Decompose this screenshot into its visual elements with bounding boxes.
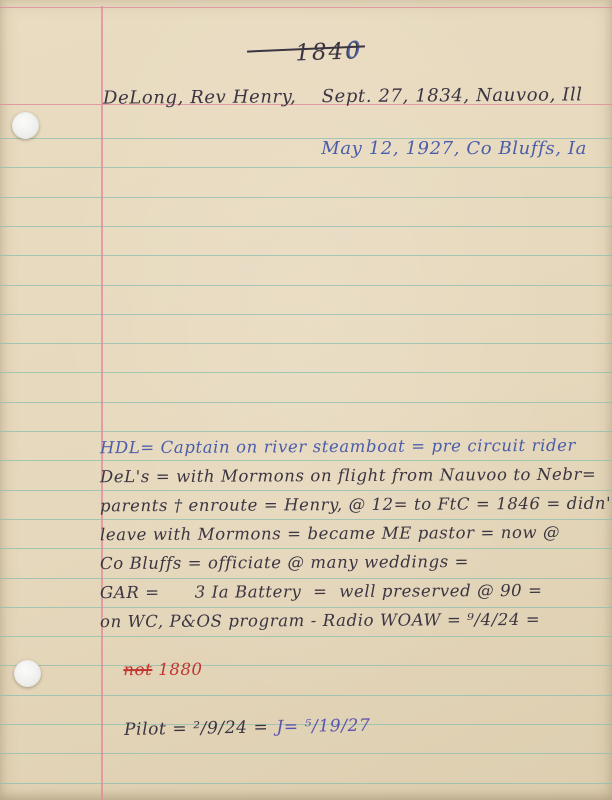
ruled-line	[0, 402, 612, 403]
footer-pilot-date: Pilot = ²/9/24 =	[124, 717, 269, 740]
ruled-line	[0, 695, 612, 696]
ruled-line	[0, 197, 612, 198]
ruled-line	[0, 490, 612, 491]
ruled-line	[0, 665, 612, 666]
struck-word: not	[123, 660, 152, 679]
ruled-line	[0, 578, 612, 579]
ruled-line	[0, 548, 612, 549]
ruled-line	[0, 460, 612, 461]
title-year: 184	[295, 39, 346, 67]
footer-journal-date: J= ⁵/19/27	[276, 716, 370, 738]
note-line: leave with Mormons = became ME pastor = …	[100, 523, 560, 544]
ruled-line	[0, 226, 612, 227]
ruled-line	[0, 314, 612, 315]
ruled-line	[0, 607, 612, 608]
note-line: Co Bluffs = officiate @ many weddings =	[100, 552, 469, 573]
header-name-birth-line: DeLong, Rev Henry, Sept. 27, 1834, Nauvo…	[103, 84, 583, 108]
top-margin-line	[0, 7, 612, 8]
ruled-line	[0, 372, 612, 373]
note-line: parents † enroute = Henry, @ 12= to FtC …	[100, 494, 612, 516]
hole-punch-top	[12, 112, 39, 139]
page-title: 18400	[257, 12, 363, 94]
title-overwritten-digit: 00	[345, 38, 363, 65]
red-correction-note: not 1880	[100, 641, 203, 699]
ruled-line	[0, 255, 612, 256]
ruled-line	[0, 783, 612, 784]
note-line: GAR = 3 Ia Battery = well preserved @ 90…	[100, 581, 543, 602]
ruled-line	[0, 343, 612, 344]
ruled-line	[0, 519, 612, 520]
title-blue-correction: 0	[346, 37, 364, 64]
ruled-line	[0, 285, 612, 286]
ruled-line	[0, 431, 612, 432]
note-line: on WC, P&OS program - Radio WOAW = ⁹/4/2…	[100, 610, 540, 631]
header-death-line: May 12, 1927, Co Bluffs, IaCB	[296, 117, 612, 180]
footer-source-line: Pilot = ²/9/24 =J= ⁵/19/27	[99, 696, 370, 761]
ruled-line	[0, 636, 612, 637]
notebook-page: 18400 DeLong, Rev Henry, Sept. 27, 1834,…	[0, 0, 612, 800]
note-line: DeL's = with Mormons on flight from Nauv…	[100, 465, 596, 487]
note-line: HDL= Captain on river steamboat = pre ci…	[100, 436, 576, 457]
hole-punch-bottom	[14, 660, 41, 687]
